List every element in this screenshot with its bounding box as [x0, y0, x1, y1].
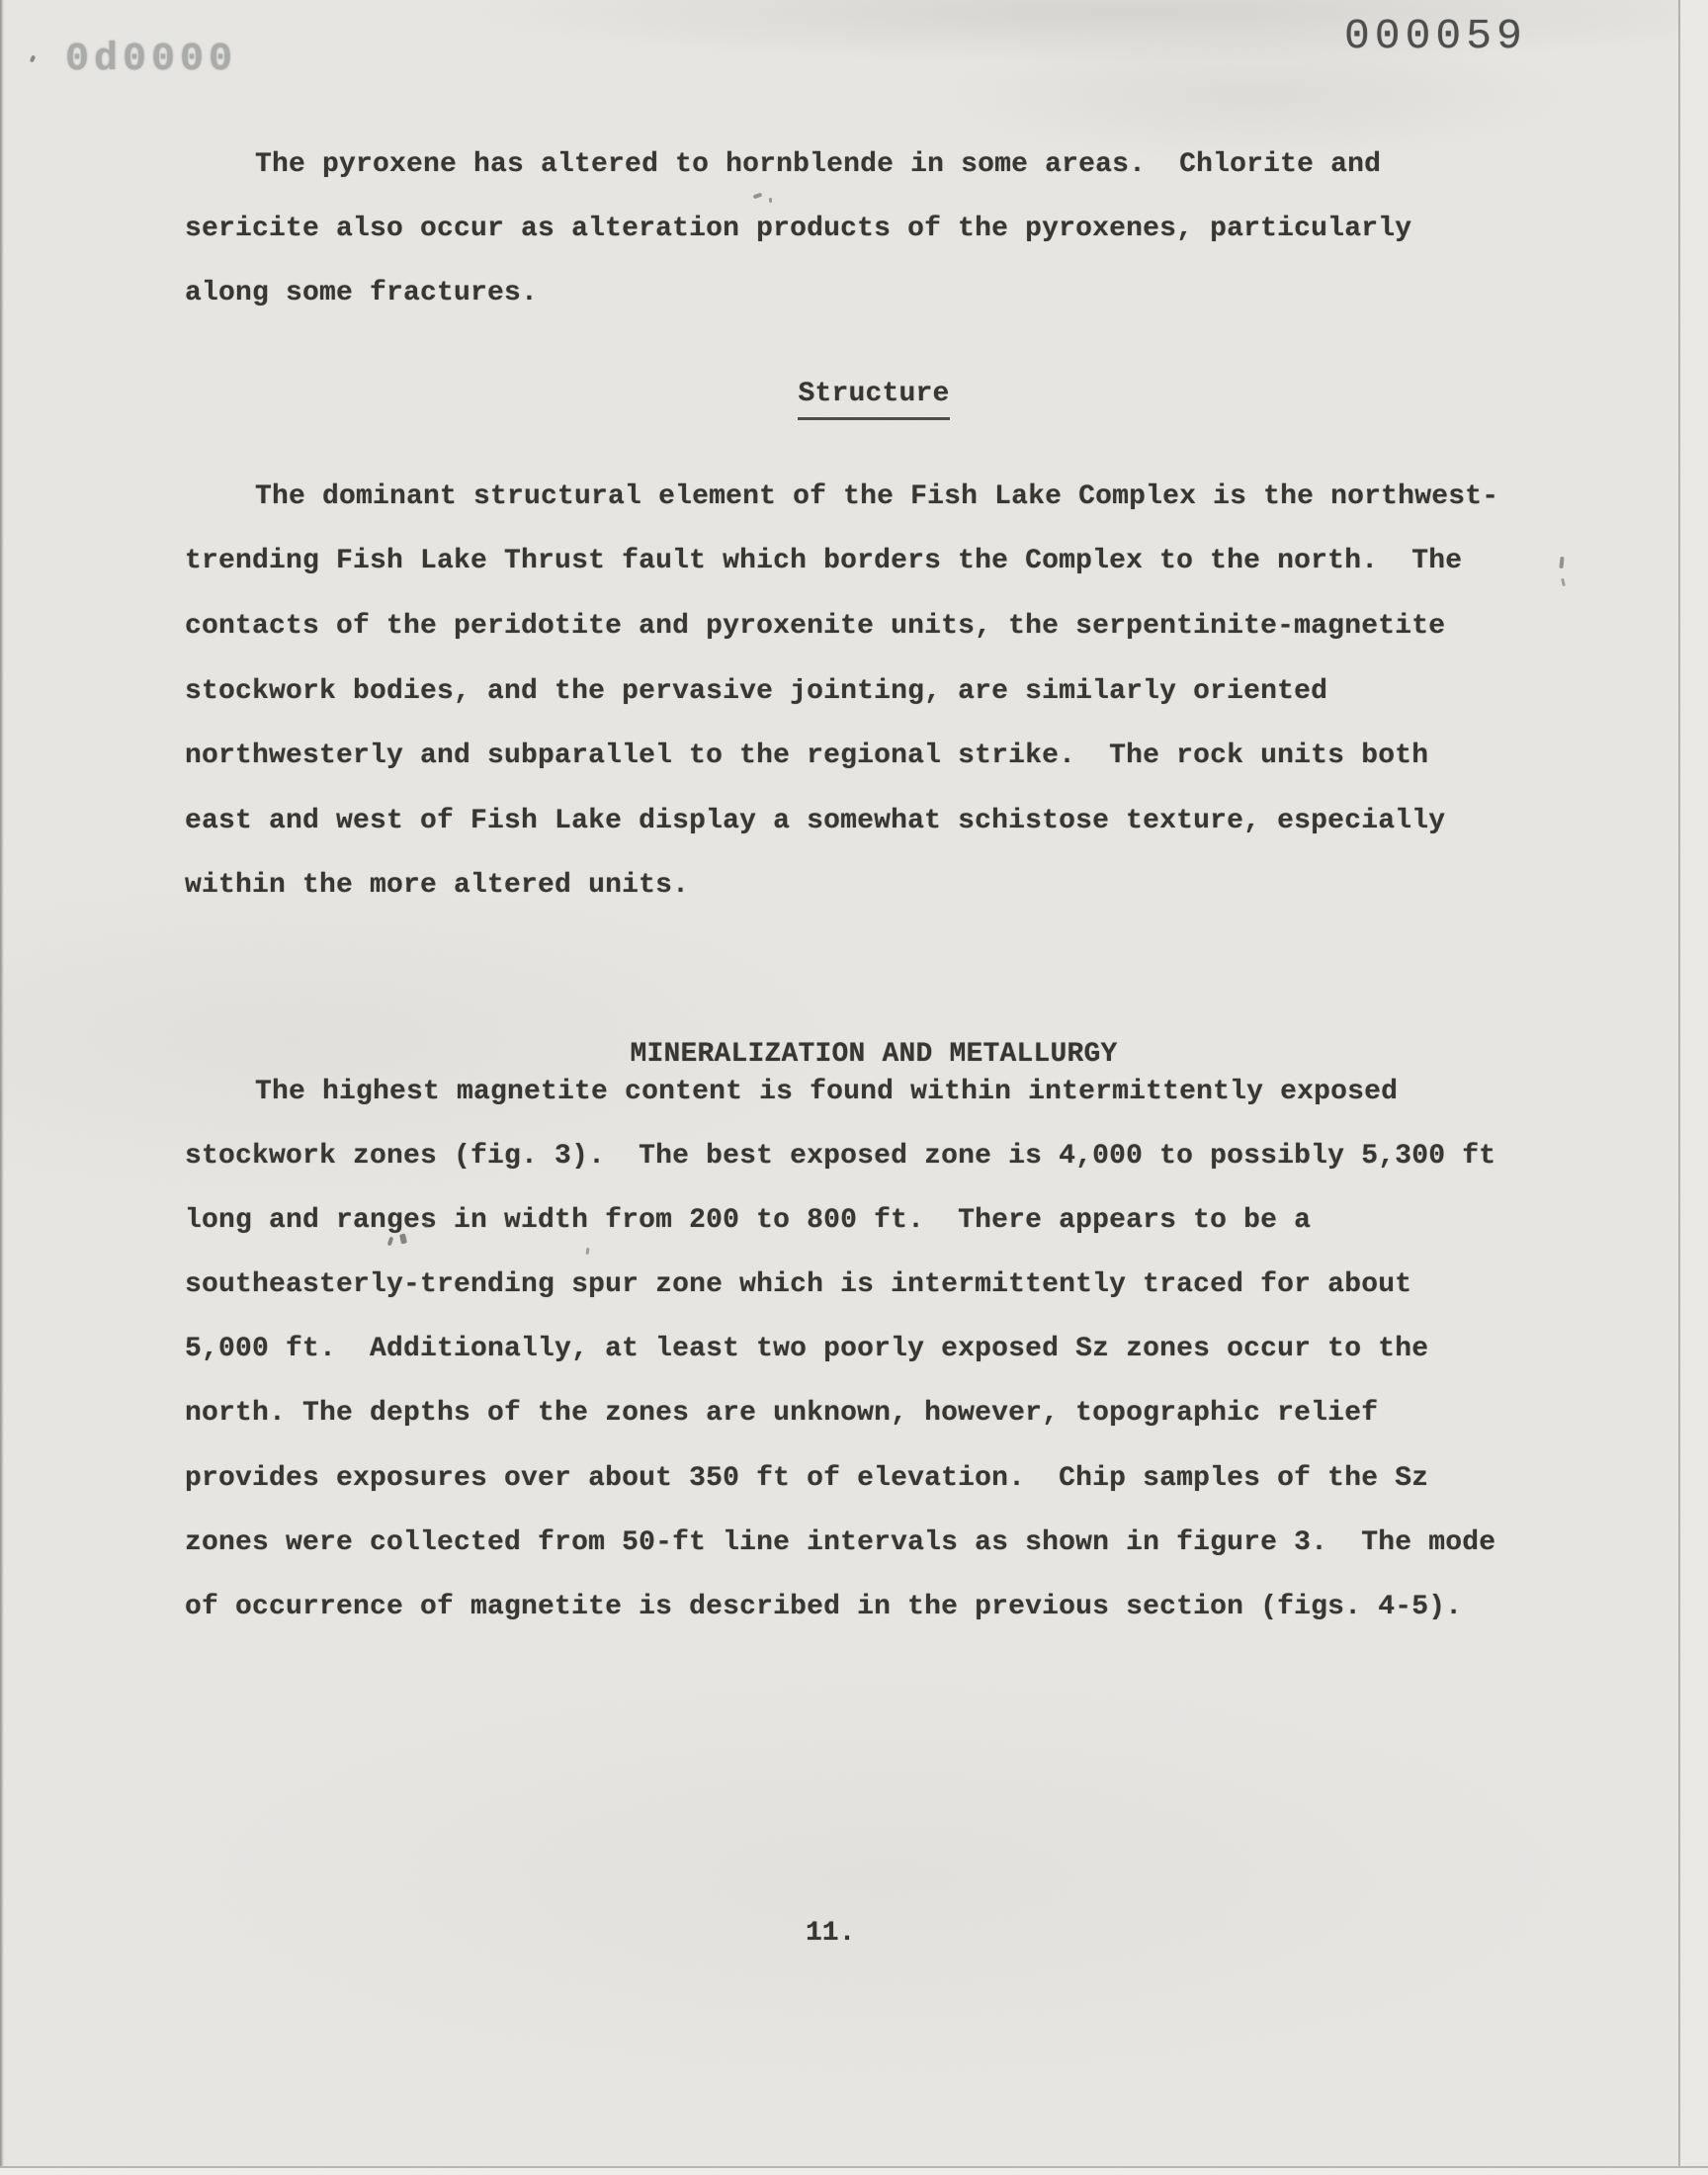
section-heading-mineralization-text: MINERALIZATION AND METALLURGY — [630, 1038, 1117, 1072]
paragraph-line: contacts of the peridotite and pyroxenit… — [185, 610, 1445, 644]
page-edge-right — [1678, 0, 1680, 2168]
scan-artifact — [753, 193, 763, 200]
paragraph-line: 5,000 ft. Additionally, at least two poo… — [185, 1333, 1428, 1366]
scan-artifact — [769, 198, 772, 203]
paragraph-line: zones were collected from 50-ft line int… — [185, 1526, 1495, 1560]
scan-artifact — [387, 1237, 394, 1247]
scan-artifact — [424, 1222, 428, 1228]
document-number-stamp: 000059 — [1344, 12, 1527, 60]
page-edge-right-margin — [1680, 0, 1708, 2175]
paragraph-line: southeasterly-trending spur zone which i… — [185, 1268, 1411, 1302]
paragraph-line: The pyroxene has altered to hornblende i… — [255, 148, 1381, 182]
page-edge-bottom — [0, 2166, 1708, 2168]
scan-artifact — [1559, 557, 1564, 568]
page-number: 11. — [806, 1918, 855, 1949]
paragraph-line: along some fractures. — [185, 277, 538, 310]
paragraph-line: within the more altered units. — [185, 869, 689, 903]
scan-artifact — [30, 54, 37, 62]
paragraph-line: sericite also occur as alteration produc… — [185, 213, 1411, 246]
paragraph-line: provides exposures over about 350 ft of … — [185, 1462, 1428, 1496]
paragraph-line: stockwork zones (fig. 3). The best expos… — [185, 1140, 1495, 1174]
paragraph-line: The highest magnetite content is found w… — [255, 1076, 1398, 1109]
scanned-document-page: 0d0000 000059 The pyroxene has altered t… — [0, 0, 1708, 2175]
paragraph-line: north. The depths of the zones are unkno… — [185, 1397, 1378, 1431]
paragraph-line: The dominant structural element of the F… — [255, 480, 1498, 514]
scan-artifact — [1561, 578, 1566, 586]
paragraph-line: long and ranges in width from 200 to 800… — [185, 1204, 1311, 1238]
section-heading-structure-text: Structure — [798, 378, 949, 420]
paragraph-line: northwesterly and subparallel to the reg… — [185, 739, 1428, 773]
faint-number-stamp: 0d0000 — [65, 38, 237, 82]
page-edge-left — [0, 0, 4, 2175]
paragraph-line: east and west of Fish Lake display a som… — [185, 805, 1445, 838]
page-edge-bottom-strip — [0, 2168, 1708, 2175]
paragraph-line: trending Fish Lake Thrust fault which bo… — [185, 545, 1462, 578]
section-heading-structure: Structure — [0, 344, 1680, 454]
paragraph-line: of occurrence of magnetite is described … — [185, 1591, 1462, 1624]
scan-artifact — [586, 1248, 590, 1255]
paragraph-line: stockwork bodies, and the pervasive join… — [185, 675, 1327, 709]
